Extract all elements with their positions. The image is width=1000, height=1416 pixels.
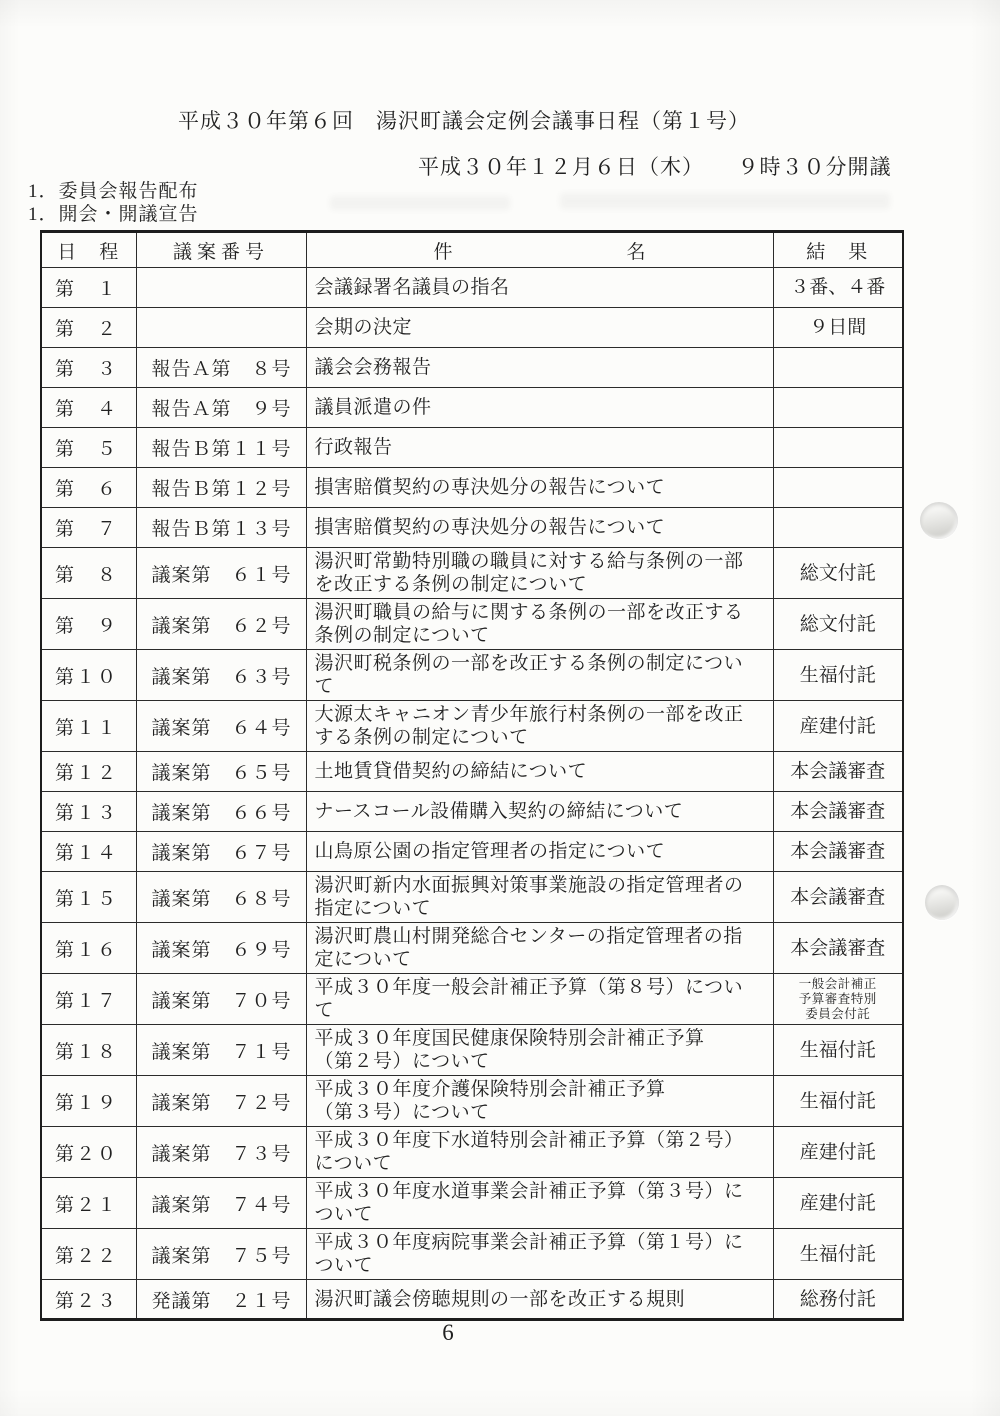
meeting-datetime: 平成３０年１２月６日（木） ９時３０分開議	[418, 151, 892, 181]
bill-number-cell: 報告Ｂ第１３号	[136, 508, 306, 548]
table-row: 第１３ 議案第 ６６号 ナースコール設備購入契約の締結について 本会議審査	[41, 792, 903, 832]
table-row: 第 ２ 会期の決定 ９日間	[41, 308, 903, 348]
schedule-cell: 第１７	[41, 974, 136, 1025]
schedule-cell: 第１２	[41, 752, 136, 792]
note-item: 1．委員会報告配布	[28, 180, 199, 203]
bill-number-cell: 議案第 ６２号	[136, 599, 306, 650]
subject-cell: 平成３０年度病院事業会計補正予算（第１号）に ついて	[306, 1229, 773, 1280]
table-header-row: 日 程 議案番号 件 名 結 果	[41, 232, 903, 268]
result-cell: 総務付託	[773, 1280, 903, 1320]
schedule-cell: 第２０	[41, 1127, 136, 1178]
table-row: 第１９ 議案第 ７２号 平成３０年度介護保険特別会計補正予算 （第３号）について…	[41, 1076, 903, 1127]
subject-cell: 会期の決定	[306, 308, 773, 348]
schedule-cell: 第 ５	[41, 428, 136, 468]
bleed-through-smudge	[330, 196, 510, 210]
result-cell: 生福付託	[773, 650, 903, 701]
subject-cell: 平成３０年度一般会計補正予算（第８号）につい て	[306, 974, 773, 1025]
schedule-cell: 第１０	[41, 650, 136, 701]
schedule-cell: 第 ８	[41, 548, 136, 599]
subject-cell: 土地賃貸借契約の締結について	[306, 752, 773, 792]
agenda-notes: 1．委員会報告配布 1．開会・開議宣告	[28, 180, 199, 226]
table-row: 第２３ 発議第 ２１号 湯沢町議会傍聴規則の一部を改正する規則 総務付託	[41, 1280, 903, 1320]
result-cell: 本会議審査	[773, 752, 903, 792]
bill-number-cell: 報告Ｂ第１１号	[136, 428, 306, 468]
result-cell: 生福付託	[773, 1025, 903, 1076]
table-row: 第 ３ 報告Ａ第 ８号 議会会務報告	[41, 348, 903, 388]
bill-number-cell: 議案第 ６４号	[136, 701, 306, 752]
result-cell	[773, 348, 903, 388]
subject-cell: 損害賠償契約の専決処分の報告について	[306, 468, 773, 508]
result-cell: 生福付託	[773, 1229, 903, 1280]
schedule-cell: 第１１	[41, 701, 136, 752]
header-subject-left: 件	[433, 237, 452, 264]
result-cell: 総文付託	[773, 548, 903, 599]
table-row: 第１５ 議案第 ６８号 湯沢町新内水面振興対策事業施設の指定管理者の 指定につい…	[41, 872, 903, 923]
note-item: 1．開会・開議宣告	[28, 203, 199, 226]
bill-number-cell: 議案第 ６７号	[136, 832, 306, 872]
table-row: 第 ４ 報告Ａ第 ９号 議員派遣の件	[41, 388, 903, 428]
result-cell: 本会議審査	[773, 792, 903, 832]
header-subject-right: 名	[626, 237, 645, 264]
table-row: 第 ６ 報告Ｂ第１２号 損害賠償契約の専決処分の報告について	[41, 468, 903, 508]
schedule-cell: 第 ３	[41, 348, 136, 388]
result-cell	[773, 508, 903, 548]
bleed-through-smudge	[560, 193, 890, 209]
header-subject: 件 名	[306, 232, 773, 268]
result-cell	[773, 428, 903, 468]
schedule-cell: 第１９	[41, 1076, 136, 1127]
schedule-cell: 第１６	[41, 923, 136, 974]
agenda-table-body: 第 １ 会議録署名議員の指名 ３番、４番 第 ２ 会期の決定 ９日間 第 ３ 報…	[41, 268, 903, 1320]
result-cell	[773, 468, 903, 508]
schedule-cell: 第 ４	[41, 388, 136, 428]
bill-number-cell: 議案第 ６５号	[136, 752, 306, 792]
table-row: 第１２ 議案第 ６５号 土地賃貸借契約の締結について 本会議審査	[41, 752, 903, 792]
schedule-cell: 第 ２	[41, 308, 136, 348]
page-number: 6	[398, 1320, 498, 1346]
bill-number-cell: 議案第 ７０号	[136, 974, 306, 1025]
schedule-cell: 第１８	[41, 1025, 136, 1076]
schedule-cell: 第１３	[41, 792, 136, 832]
table-row: 第１０ 議案第 ６３号 湯沢町税条例の一部を改正する条例の制定につい て 生福付…	[41, 650, 903, 701]
result-cell: 本会議審査	[773, 832, 903, 872]
table-row: 第２１ 議案第 ７４号 平成３０年度水道事業会計補正予算（第３号）に ついて 産…	[41, 1178, 903, 1229]
bill-number-cell: 議案第 ６８号	[136, 872, 306, 923]
header-schedule: 日 程	[41, 232, 136, 268]
bill-number-cell: 発議第 ２１号	[136, 1280, 306, 1320]
page-title: 平成３０年第６回 湯沢町議会定例会議事日程（第１号）	[178, 105, 750, 135]
subject-cell: 行政報告	[306, 428, 773, 468]
header-result: 結 果	[773, 232, 903, 268]
schedule-cell: 第２２	[41, 1229, 136, 1280]
table-row: 第１８ 議案第 ７１号 平成３０年度国民健康保険特別会計補正予算 （第２号）につ…	[41, 1025, 903, 1076]
result-cell: 一般会計補正 予算審査特別 委員会付託	[773, 974, 903, 1025]
result-cell: 産建付託	[773, 1127, 903, 1178]
agenda-table: 日 程 議案番号 件 名 結 果 第 １ 会議録署名議員の指名 ３番、４番 第 …	[40, 230, 904, 1321]
subject-cell: 湯沢町税条例の一部を改正する条例の制定につい て	[306, 650, 773, 701]
result-cell: 総文付託	[773, 599, 903, 650]
result-cell	[773, 388, 903, 428]
schedule-cell: 第 １	[41, 268, 136, 308]
subject-cell: 会議録署名議員の指名	[306, 268, 773, 308]
table-row: 第 １ 会議録署名議員の指名 ３番、４番	[41, 268, 903, 308]
subject-cell: 平成３０年度下水道特別会計補正予算（第２号） について	[306, 1127, 773, 1178]
table-row: 第１１ 議案第 ６４号 大源太キャニオン青少年旅行村条例の一部を改正 する条例の…	[41, 701, 903, 752]
bill-number-cell: 報告Ａ第 ９号	[136, 388, 306, 428]
schedule-cell: 第 ７	[41, 508, 136, 548]
table-row: 第１６ 議案第 ６９号 湯沢町農山村開発総合センターの指定管理者の指 定について…	[41, 923, 903, 974]
bill-number-cell: 議案第 ７２号	[136, 1076, 306, 1127]
subject-cell: 大源太キャニオン青少年旅行村条例の一部を改正 する条例の制定について	[306, 701, 773, 752]
subject-cell: 平成３０年度介護保険特別会計補正予算 （第３号）について	[306, 1076, 773, 1127]
document-page: 平成３０年第６回 湯沢町議会定例会議事日程（第１号） 平成３０年１２月６日（木）…	[0, 0, 1000, 1416]
bill-number-cell: 議案第 ６６号	[136, 792, 306, 832]
subject-cell: 議員派遣の件	[306, 388, 773, 428]
schedule-cell: 第２３	[41, 1280, 136, 1320]
result-cell: 本会議審査	[773, 923, 903, 974]
result-cell: ３番、４番	[773, 268, 903, 308]
schedule-cell: 第１４	[41, 832, 136, 872]
schedule-cell: 第 ９	[41, 599, 136, 650]
bill-number-cell: 議案第 ６９号	[136, 923, 306, 974]
punch-hole-top	[920, 502, 958, 539]
result-cell: 産建付託	[773, 1178, 903, 1229]
table-row: 第１７ 議案第 ７０号 平成３０年度一般会計補正予算（第８号）につい て 一般会…	[41, 974, 903, 1025]
subject-cell: 損害賠償契約の専決処分の報告について	[306, 508, 773, 548]
table-row: 第 ７ 報告Ｂ第１３号 損害賠償契約の専決処分の報告について	[41, 508, 903, 548]
result-cell: 生福付託	[773, 1076, 903, 1127]
subject-cell: 湯沢町新内水面振興対策事業施設の指定管理者の 指定について	[306, 872, 773, 923]
schedule-cell: 第１５	[41, 872, 136, 923]
result-cell: 産建付託	[773, 701, 903, 752]
bill-number-cell: 議案第 ７３号	[136, 1127, 306, 1178]
bill-number-cell	[136, 308, 306, 348]
subject-cell: 議会会務報告	[306, 348, 773, 388]
subject-cell: 平成３０年度水道事業会計補正予算（第３号）に ついて	[306, 1178, 773, 1229]
bill-number-cell: 議案第 ７１号	[136, 1025, 306, 1076]
table-row: 第 ９ 議案第 ６２号 湯沢町職員の給与に関する条例の一部を改正する 条例の制定…	[41, 599, 903, 650]
subject-cell: 湯沢町職員の給与に関する条例の一部を改正する 条例の制定について	[306, 599, 773, 650]
bill-number-cell	[136, 268, 306, 308]
bill-number-cell: 報告Ａ第 ８号	[136, 348, 306, 388]
punch-hole-bottom	[925, 885, 959, 920]
table-row: 第 ８ 議案第 ６１号 湯沢町常勤特別職の職員に対する給与条例の一部 を改正する…	[41, 548, 903, 599]
subject-cell: 湯沢町議会傍聴規則の一部を改正する規則	[306, 1280, 773, 1320]
subject-cell: 山鳥原公園の指定管理者の指定について	[306, 832, 773, 872]
subject-cell: 湯沢町農山村開発総合センターの指定管理者の指 定について	[306, 923, 773, 974]
table-row: 第２２ 議案第 ７５号 平成３０年度病院事業会計補正予算（第１号）に ついて 生…	[41, 1229, 903, 1280]
table-row: 第 ５ 報告Ｂ第１１号 行政報告	[41, 428, 903, 468]
schedule-cell: 第 ６	[41, 468, 136, 508]
bill-number-cell: 議案第 ７４号	[136, 1178, 306, 1229]
schedule-cell: 第２１	[41, 1178, 136, 1229]
table-row: 第２０ 議案第 ７３号 平成３０年度下水道特別会計補正予算（第２号） について …	[41, 1127, 903, 1178]
header-bill-number: 議案番号	[136, 232, 306, 268]
bill-number-cell: 報告Ｂ第１２号	[136, 468, 306, 508]
subject-cell: 湯沢町常勤特別職の職員に対する給与条例の一部 を改正する条例の制定について	[306, 548, 773, 599]
subject-cell: 平成３０年度国民健康保険特別会計補正予算 （第２号）について	[306, 1025, 773, 1076]
result-cell: ９日間	[773, 308, 903, 348]
result-cell: 本会議審査	[773, 872, 903, 923]
bill-number-cell: 議案第 ６１号	[136, 548, 306, 599]
subject-cell: ナースコール設備購入契約の締結について	[306, 792, 773, 832]
table-row: 第１４ 議案第 ６７号 山鳥原公園の指定管理者の指定について 本会議審査	[41, 832, 903, 872]
bill-number-cell: 議案第 ６３号	[136, 650, 306, 701]
bill-number-cell: 議案第 ７５号	[136, 1229, 306, 1280]
